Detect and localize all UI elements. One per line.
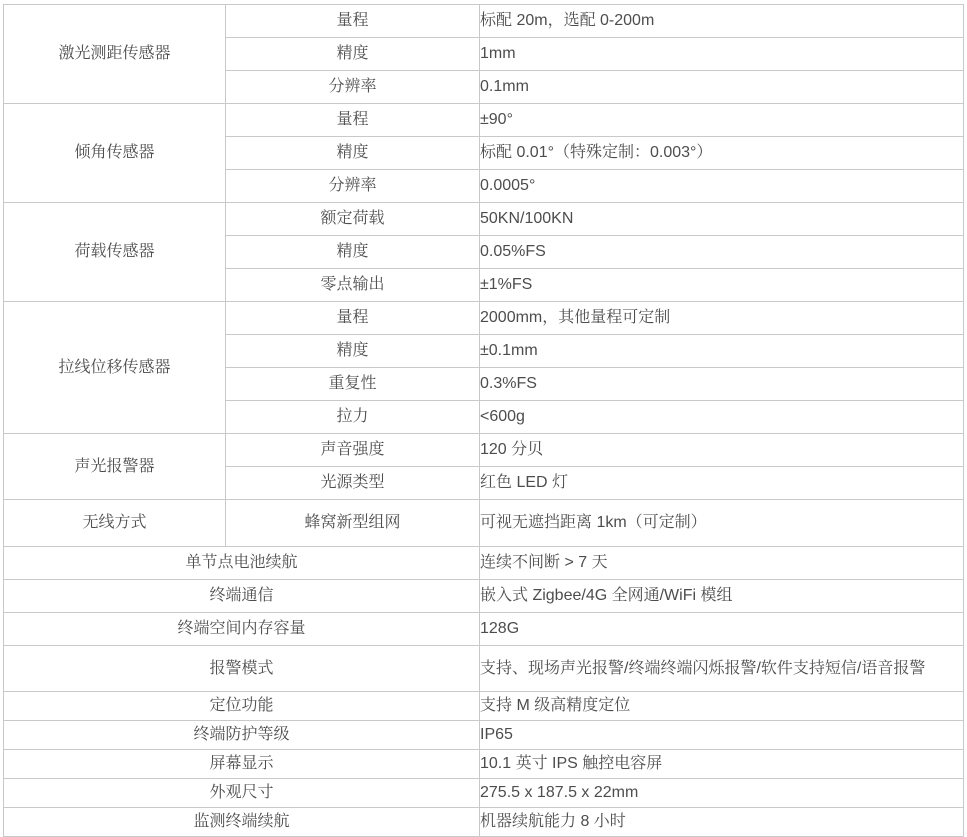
value-cell: 120 分贝 [480, 434, 964, 467]
table-row: 屏幕显示 10.1 英寸 IPS 触控电容屏 [4, 750, 964, 779]
value-cell: 0.0005° [480, 170, 964, 203]
table-row: 激光测距传感器 量程 标配 20m，选配 0-200m [4, 5, 964, 38]
page: 激光测距传感器 量程 标配 20m，选配 0-200m 精度 1mm 分辨率 0… [0, 0, 967, 825]
value-cell: 128G [480, 613, 964, 646]
param-cell: 分辨率 [226, 71, 480, 104]
category-cell: 倾角传感器 [4, 104, 226, 203]
value-cell: 0.1mm [480, 71, 964, 104]
table-row: 定位功能 支持 M 级高精度定位 [4, 692, 964, 721]
value-cell: 支持、现场声光报警/终端终端闪烁报警/软件支持短信/语音报警 [480, 646, 964, 692]
value-cell: ±90° [480, 104, 964, 137]
category-cell: 荷载传感器 [4, 203, 226, 302]
param-cell: 声音强度 [226, 434, 480, 467]
category-cell: 激光测距传感器 [4, 5, 226, 104]
label-cell: 终端通信 [4, 580, 480, 613]
table-row: 荷载传感器 额定荷载 50KN/100KN [4, 203, 964, 236]
label-cell: 监测终端续航 [4, 808, 480, 837]
value-cell: 50KN/100KN [480, 203, 964, 236]
param-cell: 精度 [226, 236, 480, 269]
table-row: 终端空间内存容量 128G [4, 613, 964, 646]
table-row: 终端通信 嵌入式 Zigbee/4G 全网通/WiFi 模组 [4, 580, 964, 613]
spec-table-body: 激光测距传感器 量程 标配 20m，选配 0-200m 精度 1mm 分辨率 0… [4, 5, 964, 837]
value-cell: 1mm [480, 38, 964, 71]
category-cell: 无线方式 [4, 500, 226, 547]
label-cell: 终端空间内存容量 [4, 613, 480, 646]
param-cell: 量程 [226, 302, 480, 335]
label-cell: 定位功能 [4, 692, 480, 721]
value-cell: ±1%FS [480, 269, 964, 302]
value-cell: 标配 0.01°（特殊定制：0.003°） [480, 137, 964, 170]
value-cell: <600g [480, 401, 964, 434]
value-cell: 275.5 x 187.5 x 22mm [480, 779, 964, 808]
value-cell: IP65 [480, 721, 964, 750]
value-cell: 可视无遮挡距离 1km（可定制） [480, 500, 964, 547]
value-cell: 支持 M 级高精度定位 [480, 692, 964, 721]
table-row: 报警模式 支持、现场声光报警/终端终端闪烁报警/软件支持短信/语音报警 [4, 646, 964, 692]
specifications-table: 激光测距传感器 量程 标配 20m，选配 0-200m 精度 1mm 分辨率 0… [3, 4, 964, 837]
value-cell: 0.05%FS [480, 236, 964, 269]
label-cell: 外观尺寸 [4, 779, 480, 808]
param-cell: 拉力 [226, 401, 480, 434]
table-row: 倾角传感器 量程 ±90° [4, 104, 964, 137]
value-cell: 标配 20m，选配 0-200m [480, 5, 964, 38]
param-cell: 零点输出 [226, 269, 480, 302]
value-cell: 红色 LED 灯 [480, 467, 964, 500]
table-row: 终端防护等级 IP65 [4, 721, 964, 750]
param-cell: 精度 [226, 335, 480, 368]
label-cell: 单节点电池续航 [4, 547, 480, 580]
param-cell: 光源类型 [226, 467, 480, 500]
value-cell: 0.3%FS [480, 368, 964, 401]
param-cell: 重复性 [226, 368, 480, 401]
param-cell: 量程 [226, 104, 480, 137]
category-cell: 拉线位移传感器 [4, 302, 226, 434]
table-row: 外观尺寸 275.5 x 187.5 x 22mm [4, 779, 964, 808]
label-cell: 屏幕显示 [4, 750, 480, 779]
param-cell: 额定荷载 [226, 203, 480, 236]
param-cell: 精度 [226, 38, 480, 71]
table-row: 声光报警器 声音强度 120 分贝 [4, 434, 964, 467]
value-cell: 嵌入式 Zigbee/4G 全网通/WiFi 模组 [480, 580, 964, 613]
label-cell: 报警模式 [4, 646, 480, 692]
value-cell: ±0.1mm [480, 335, 964, 368]
param-cell: 精度 [226, 137, 480, 170]
table-row: 拉线位移传感器 量程 2000mm，其他量程可定制 [4, 302, 964, 335]
param-cell: 量程 [226, 5, 480, 38]
label-cell: 终端防护等级 [4, 721, 480, 750]
table-row: 无线方式 蜂窝新型组网 可视无遮挡距离 1km（可定制） [4, 500, 964, 547]
param-cell: 蜂窝新型组网 [226, 500, 480, 547]
param-cell: 分辨率 [226, 170, 480, 203]
value-cell: 10.1 英寸 IPS 触控电容屏 [480, 750, 964, 779]
table-row: 单节点电池续航 连续不间断 > 7 天 [4, 547, 964, 580]
value-cell: 连续不间断 > 7 天 [480, 547, 964, 580]
value-cell: 机器续航能力 8 小时 [480, 808, 964, 837]
value-cell: 2000mm，其他量程可定制 [480, 302, 964, 335]
category-cell: 声光报警器 [4, 434, 226, 500]
table-row: 监测终端续航 机器续航能力 8 小时 [4, 808, 964, 837]
